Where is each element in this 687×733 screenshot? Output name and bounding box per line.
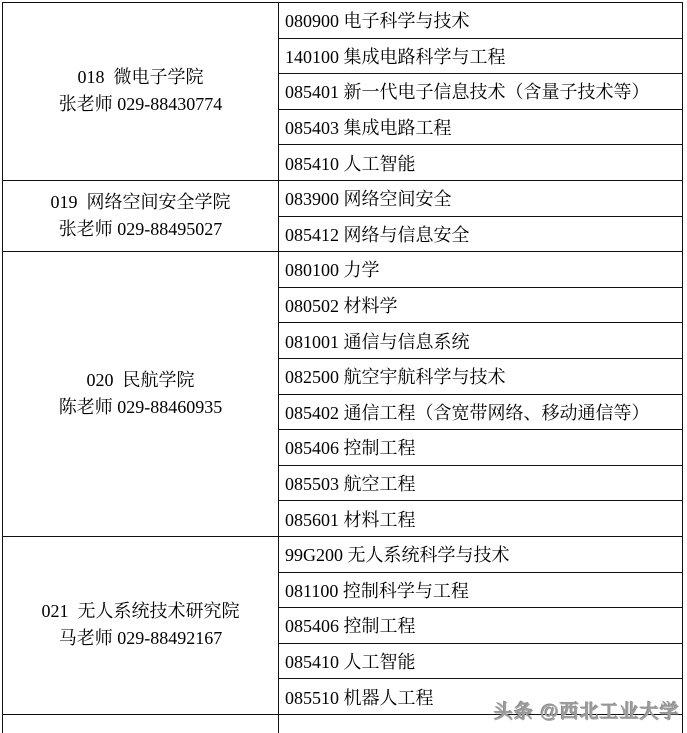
department-contact: 陈老师 029-88460935 [4,394,277,421]
department-name: 019 网络空间安全学院 [4,189,277,216]
department-cell: 020 民航学院陈老师 029-88460935 [3,252,279,537]
program-cell: 083900 网络空间安全 [279,180,683,216]
department-contact: 张老师 029-88430774 [4,91,277,118]
department-contact: 马老师 029-88492167 [4,625,277,652]
admissions-table: 018 微电子学院张老师 029-88430774080900 电子科学与技术1… [2,2,683,733]
department-name: 018 微电子学院 [4,64,277,91]
program-cell: 082500 航空宇航科学与技术 [279,358,683,394]
program-cell: 085402 通信工程（含宽带网络、移动通信等） [279,394,683,430]
program-cell: 085406 控制工程 [279,430,683,466]
program-cell: 085410 人工智能 [279,145,683,181]
program-cell: 085401 新一代电子信息技术（含量子技术等） [279,74,683,110]
department-cell: 019 网络空间安全学院张老师 029-88495027 [3,180,279,251]
watermark: 头条 @西北工业大学 [494,697,680,724]
program-cell: 085601 材料工程 [279,501,683,537]
program-cell: 080502 材料学 [279,287,683,323]
program-cell: 99G200 无人系统科学与技术 [279,536,683,572]
department-name: 020 民航学院 [4,367,277,394]
program-cell: 085412 网络与信息安全 [279,216,683,252]
department-cell [3,714,279,733]
program-cell: 085503 航空工程 [279,465,683,501]
program-cell: 085410 人工智能 [279,643,683,679]
document-page: 018 微电子学院张老师 029-88430774080900 电子科学与技术1… [0,0,687,733]
department-contact: 张老师 029-88495027 [4,216,277,243]
program-cell: 140100 集成电路科学与工程 [279,38,683,74]
program-cell: 085406 控制工程 [279,608,683,644]
department-cell: 021 无人系统技术研究院马老师 029-88492167 [3,536,279,714]
department-name: 021 无人系统技术研究院 [4,598,277,625]
table-row: 021 无人系统技术研究院马老师 029-8849216799G200 无人系统… [3,536,683,572]
table-row: 019 网络空间安全学院张老师 029-88495027083900 网络空间安… [3,180,683,216]
department-cell: 018 微电子学院张老师 029-88430774 [3,3,279,181]
program-cell: 081001 通信与信息系统 [279,323,683,359]
table-row: 020 民航学院陈老师 029-88460935080100 力学 [3,252,683,288]
program-cell: 080900 电子科学与技术 [279,3,683,39]
program-cell: 085403 集成电路工程 [279,109,683,145]
program-cell: 081100 控制科学与工程 [279,572,683,608]
table-row: 018 微电子学院张老师 029-88430774080900 电子科学与技术 [3,3,683,39]
program-cell: 080100 力学 [279,252,683,288]
